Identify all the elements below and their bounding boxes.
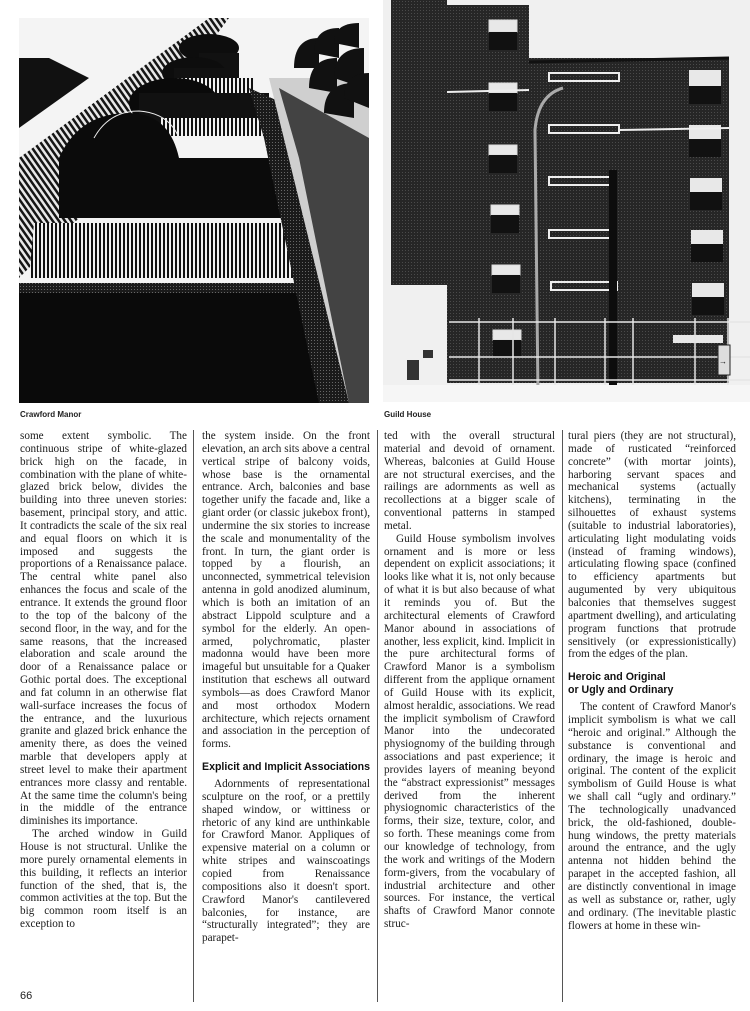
photo-caption-crawford-manor: Crawford Manor	[20, 410, 81, 419]
section-heading: Heroic and Original or Ugly and Ordinary	[568, 671, 736, 697]
text-column-2: the system inside. On the front elevatio…	[202, 430, 370, 945]
paragraph: tural piers (they are not structural), m…	[568, 430, 736, 661]
paragraph: the system inside. On the front elevatio…	[202, 430, 370, 751]
page-number: 66	[20, 990, 32, 1002]
guild-house-photo: →	[383, 0, 750, 402]
section-heading: Explicit and Implicit Associations	[202, 761, 370, 774]
crawford-manor-image	[19, 18, 369, 403]
guild-house-image: →	[383, 0, 750, 402]
section-heading-line-2: or Ugly and Ordinary	[568, 684, 673, 696]
column-divider	[377, 430, 378, 1002]
crawford-manor-photo	[19, 18, 369, 403]
column-divider	[562, 430, 563, 1002]
paragraph: Guild House symbolism involves ornament …	[384, 533, 555, 931]
paragraph: The content of Crawford Manor's implicit…	[568, 701, 736, 932]
text-column-4: tural piers (they are not structural), m…	[568, 430, 736, 932]
paragraph: The arched window in Guild House is not …	[20, 828, 187, 931]
section-heading-line-1: Heroic and Original	[568, 671, 666, 683]
paragraph: ted with the overall structural material…	[384, 430, 555, 533]
text-column-3: ted with the overall structural material…	[384, 430, 555, 931]
photo-caption-guild-house: Guild House	[384, 410, 431, 419]
paragraph: Adornments of representational sculpture…	[202, 778, 370, 945]
svg-text:→: →	[719, 357, 727, 366]
column-divider	[193, 430, 194, 1002]
text-column-1: some extent symbolic. The continuous str…	[20, 430, 187, 931]
paragraph: some extent symbolic. The continuous str…	[20, 430, 187, 828]
